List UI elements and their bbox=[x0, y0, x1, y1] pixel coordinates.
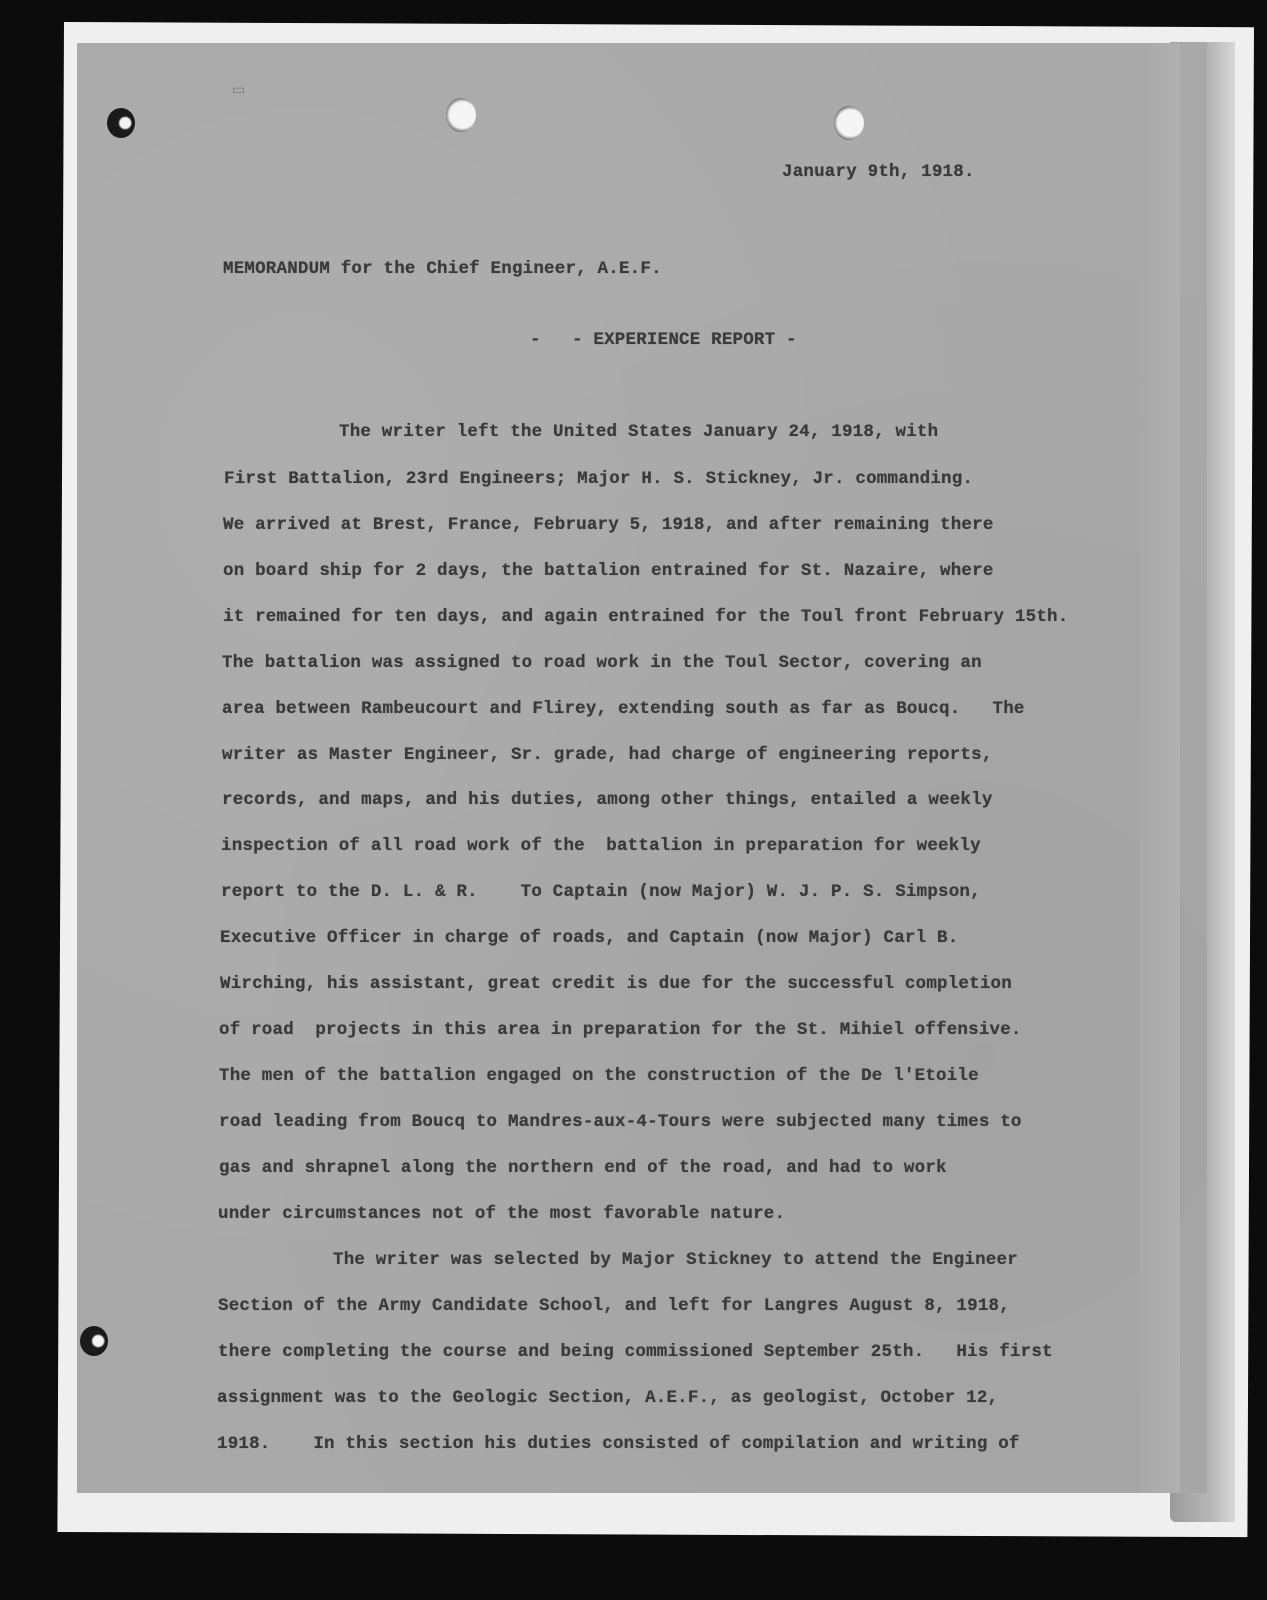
memo-addressee: MEMORANDUM for the Chief Engineer, A.E.F… bbox=[223, 259, 662, 279]
paragraph-1-line: We arrived at Brest, France, February 5,… bbox=[223, 515, 994, 535]
paragraph-2-line: there completing the course and being co… bbox=[218, 1342, 1053, 1362]
paragraph-1-line: First Battalion, 23rd Engineers; Major H… bbox=[224, 469, 973, 489]
punch-hole-bottom-left-icon bbox=[80, 1326, 108, 1356]
stamp-mark: ▭ bbox=[232, 82, 245, 98]
paragraph-1-line: inspection of all road work of the batta… bbox=[221, 836, 981, 856]
paragraph-2-line: The writer was selected by Major Stickne… bbox=[333, 1250, 1018, 1270]
paragraph-1-line: The men of the battalion engaged on the … bbox=[219, 1066, 979, 1086]
punch-hole-top-center-icon bbox=[446, 98, 476, 132]
paragraph-1-line: Wirching, his assistant, great credit is… bbox=[220, 974, 1012, 994]
paragraph-1-line: area between Rambeucourt and Flirey, ext… bbox=[222, 699, 1025, 719]
paragraph-1-line: Executive Officer in charge of roads, an… bbox=[220, 928, 958, 948]
paragraph-2-line: 1918. In this section his duties consist… bbox=[217, 1434, 1020, 1454]
paragraph-1-line: it remained for ten days, and again entr… bbox=[223, 607, 1068, 627]
memo-text: January 9th, 1918. MEMORANDUM for the Ch… bbox=[0, 0, 21, 600]
paragraph-2-line: Section of the Army Candidate School, an… bbox=[218, 1296, 1010, 1316]
paragraph-1-line: report to the D. L. & R. To Captain (now… bbox=[221, 882, 981, 902]
paragraph-1-line: The battalion was assigned to road work … bbox=[222, 653, 982, 673]
punch-hole-top-left-icon bbox=[107, 108, 135, 138]
memo-subject-dash: - bbox=[530, 330, 541, 350]
paragraph-1-line: The writer left the United States Januar… bbox=[339, 422, 938, 442]
page-right-edge bbox=[1140, 43, 1180, 1493]
paragraph-1-line: under circumstances not of the most favo… bbox=[218, 1204, 785, 1224]
paragraph-1-line: of road projects in this area in prepara… bbox=[219, 1020, 1022, 1040]
punch-hole-top-right-icon bbox=[834, 106, 864, 140]
paragraph-1-line: gas and shrapnel along the northern end … bbox=[219, 1158, 947, 1178]
paragraph-1-line: writer as Master Engineer, Sr. grade, ha… bbox=[222, 745, 993, 765]
memo-subject: - EXPERIENCE REPORT - bbox=[572, 330, 797, 350]
memo-date: January 9th, 1918. bbox=[782, 162, 975, 182]
paragraph-1-line: on board ship for 2 days, the battalion … bbox=[223, 561, 994, 581]
paragraph-2-line: assignment was to the Geologic Section, … bbox=[217, 1388, 998, 1408]
paragraph-1-line: road leading from Boucq to Mandres-aux-4… bbox=[219, 1112, 1022, 1132]
paragraph-1-line: records, and maps, and his duties, among… bbox=[222, 790, 993, 810]
